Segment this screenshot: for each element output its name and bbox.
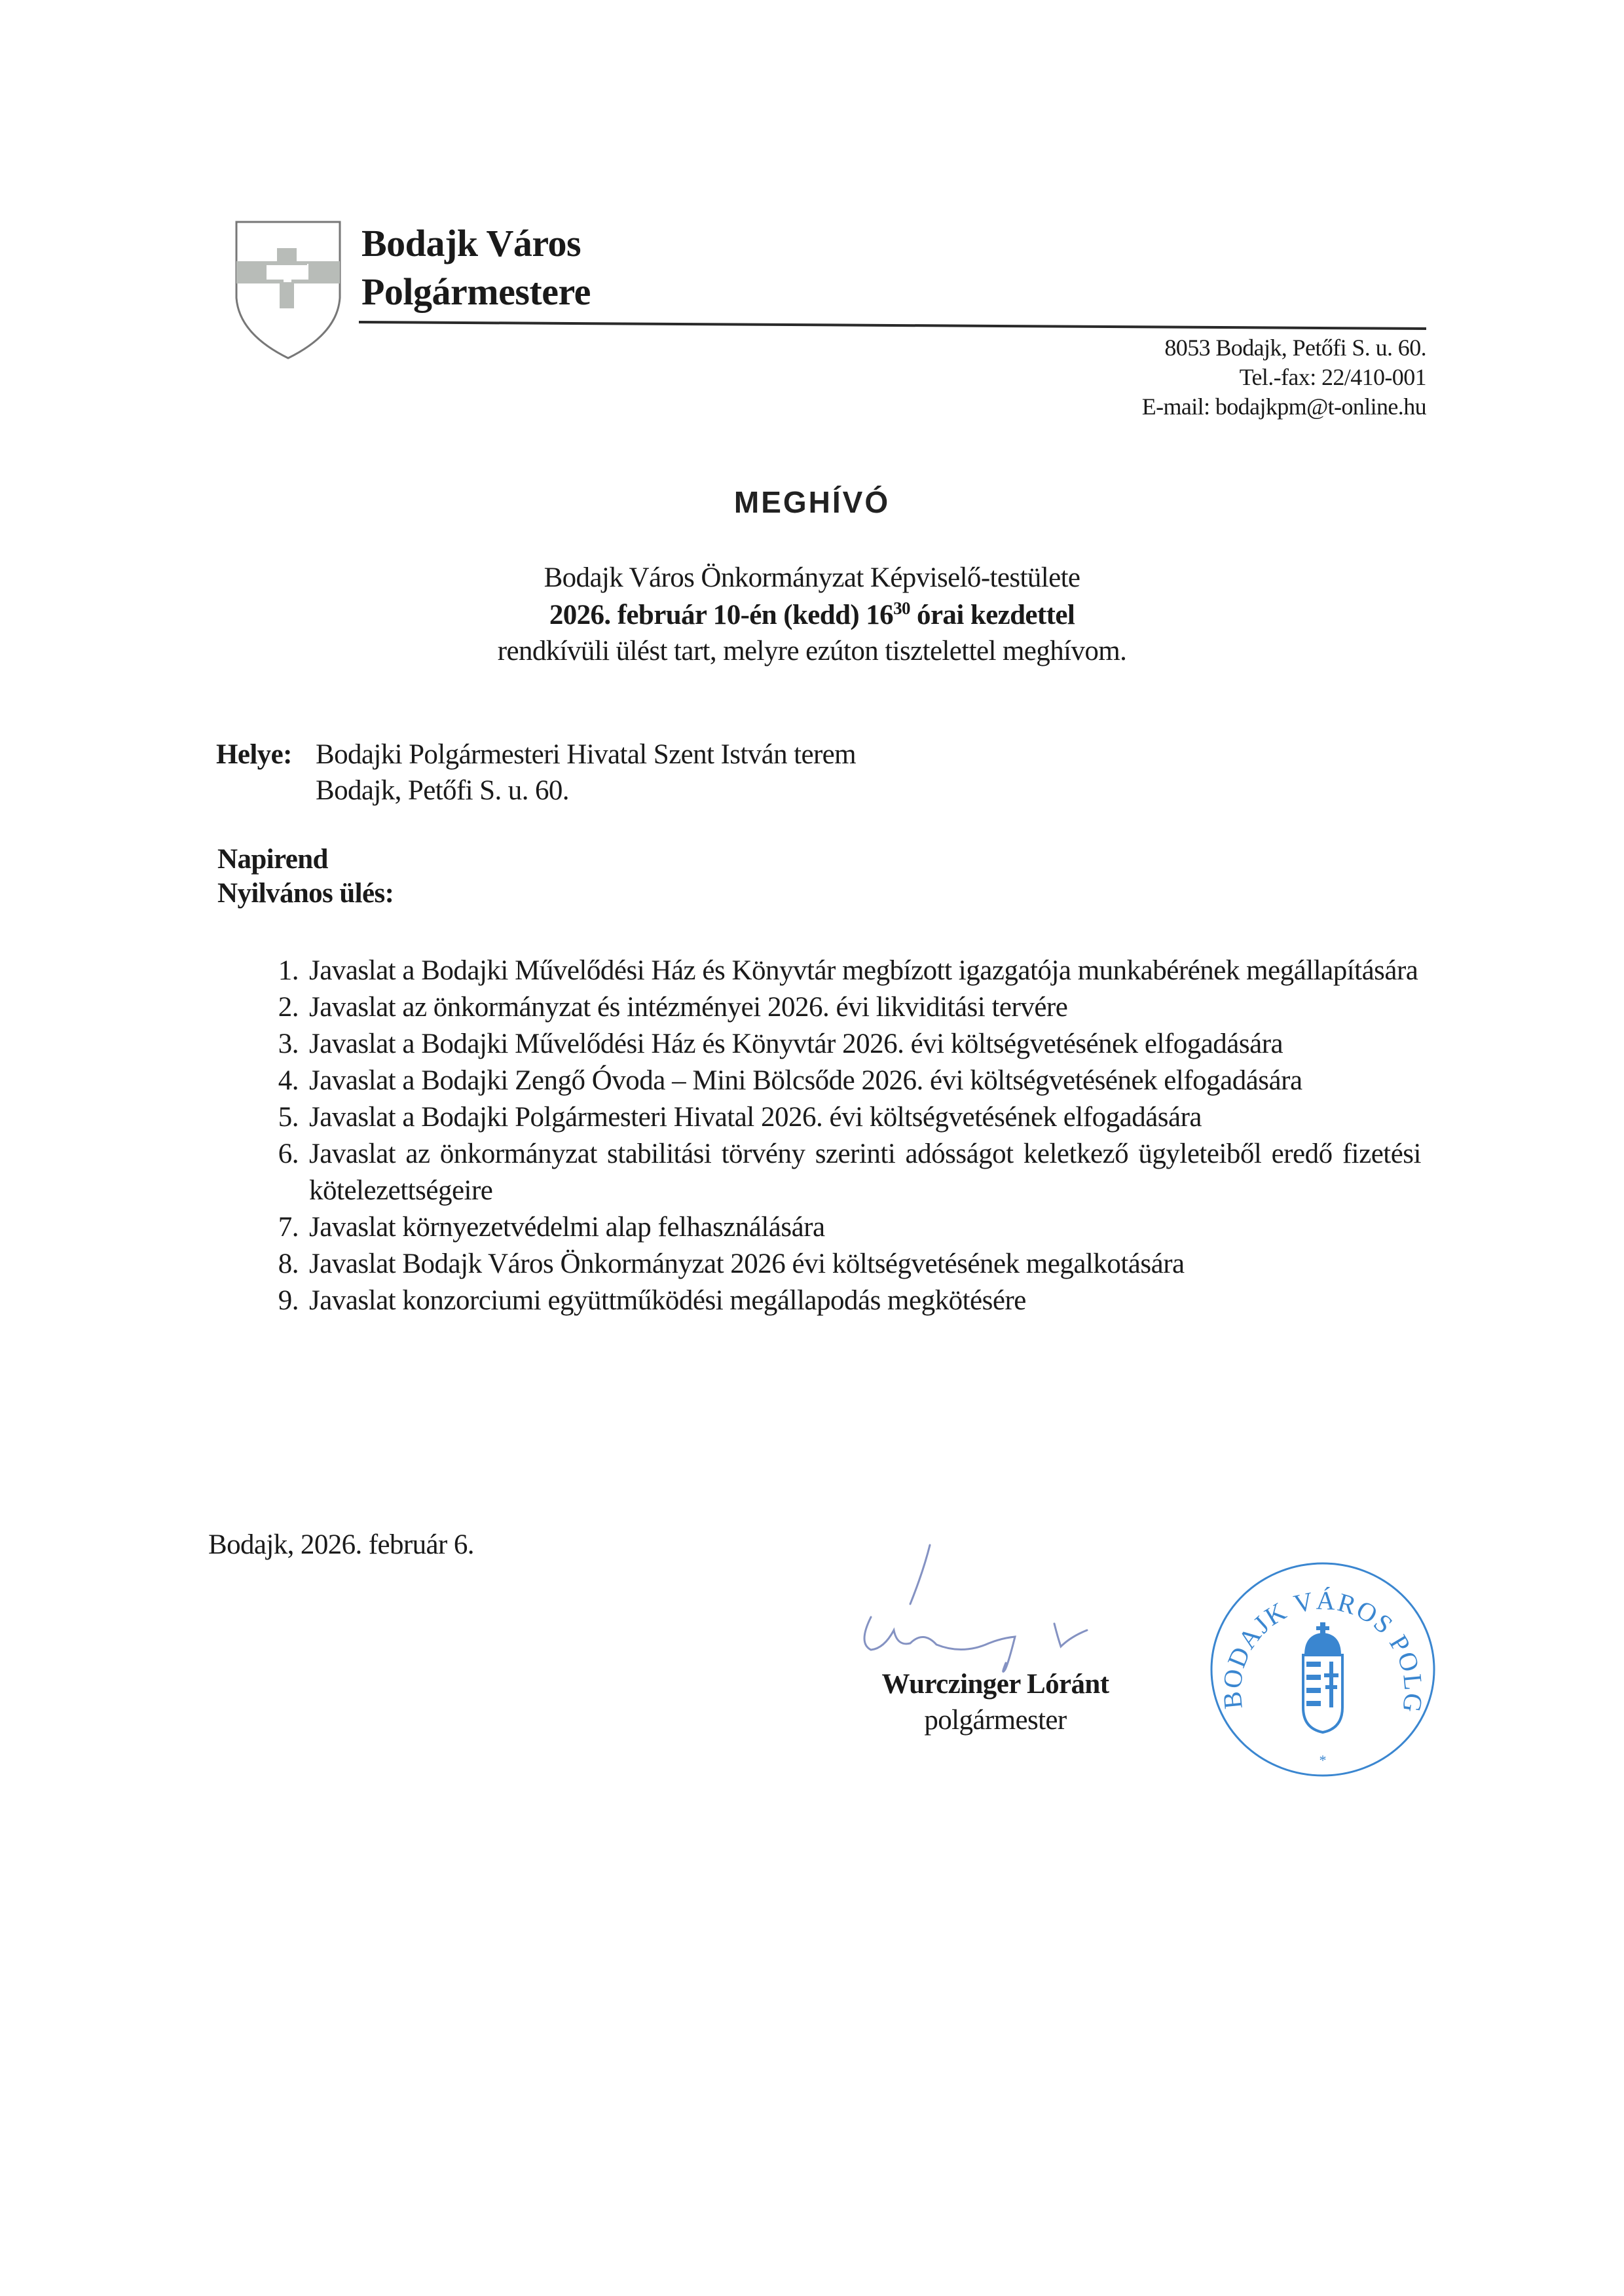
agenda-item: 1.Javaslat a Bodajki Művelődési Ház és K… [255,953,1421,989]
location-line2: Bodajk, Petőfi S. u. 60. [316,774,569,807]
agenda-item: 6.Javaslat az önkormányzat stabilitási t… [255,1136,1421,1209]
agenda-item: 9.Javaslat konzorciumi együttműködési me… [255,1283,1421,1319]
contact-telfax: Tel.-fax: 22/410-001 [1240,363,1426,391]
invitation-date: 2026. február 10-én (kedd) 16 [549,600,893,630]
invitation-minutes: 30 [893,598,910,618]
svg-text:*: * [1319,1752,1327,1768]
invitation-line1: Bodajk Város Önkormányzat Képviselő-test… [0,562,1624,594]
official-stamp-icon: BODAJK VÁROS POLGÁRMESTERE * [1205,1557,1441,1779]
signer-role: polgármester [877,1704,1113,1736]
letterhead-rule [359,321,1426,330]
agenda-item-number: 6. [255,1136,309,1209]
signer-name: Wurczinger Lóránt [877,1668,1113,1700]
agenda-item-number: 3. [255,1026,309,1063]
contact-email: E-mail: bodajkpm@t-online.hu [1142,393,1426,420]
invitation-datetime: 2026. február 10-én (kedd) 1630 órai kez… [0,599,1624,631]
agenda-item-text: Javaslat a Bodajki Polgármesteri Hivatal… [309,1099,1421,1136]
agenda-item-text: Javaslat Bodajk Város Önkormányzat 2026 … [309,1246,1421,1283]
agenda-item: 5.Javaslat a Bodajki Polgármesteri Hivat… [255,1099,1421,1136]
agenda-item-number: 1. [255,953,309,989]
location-line1: Bodajki Polgármesteri Hivatal Szent Istv… [316,738,856,771]
agenda-heading: Napirend [217,843,328,875]
org-name-line2: Polgármestere [361,270,591,314]
coat-of-arms-icon [232,219,344,360]
agenda-item-text: Javaslat környezetvédelmi alap felhaszná… [309,1209,1421,1246]
agenda-list: 1.Javaslat a Bodajki Művelődési Ház és K… [255,953,1421,1319]
agenda-item: 7.Javaslat környezetvédelmi alap felhasz… [255,1209,1421,1246]
agenda-item: 8.Javaslat Bodajk Város Önkormányzat 202… [255,1246,1421,1283]
agenda-item: 3.Javaslat a Bodajki Művelődési Ház és K… [255,1026,1421,1063]
agenda-item-text: Javaslat konzorciumi együttműködési megá… [309,1283,1421,1319]
agenda-item-text: Javaslat az önkormányzat és intézményei … [309,989,1421,1026]
location-label: Helye: [216,738,292,771]
agenda-item: 2.Javaslat az önkormányzat és intézménye… [255,989,1421,1026]
agenda-item-number: 9. [255,1283,309,1319]
agenda-item-number: 7. [255,1209,309,1246]
agenda-item-number: 4. [255,1063,309,1099]
agenda-item-number: 5. [255,1099,309,1136]
agenda-item-text: Javaslat az önkormányzat stabilitási tör… [309,1136,1421,1209]
invitation-line3: rendkívüli ülést tart, melyre ezúton tis… [0,635,1624,667]
agenda-item-text: Javaslat a Bodajki Művelődési Ház és Kön… [309,1026,1421,1063]
agenda-item-text: Javaslat a Bodajki Zengő Óvoda – Mini Bö… [309,1063,1421,1099]
public-session-heading: Nyilvános ülés: [217,877,394,909]
invitation-time-suffix: órai kezdettel [910,600,1075,630]
document-date: Bodajk, 2026. február 6. [208,1529,474,1561]
document-title: MEGHÍVÓ [0,484,1624,520]
agenda-item-number: 8. [255,1246,309,1283]
org-name-line1: Bodajk Város [361,221,581,265]
contact-address: 8053 Bodajk, Petőfi S. u. 60. [1164,334,1426,361]
signature-icon [832,1532,1198,1683]
agenda-item: 4.Javaslat a Bodajki Zengő Óvoda – Mini … [255,1063,1421,1099]
agenda-item-number: 2. [255,989,309,1026]
agenda-item-text: Javaslat a Bodajki Művelődési Ház és Kön… [309,953,1421,989]
